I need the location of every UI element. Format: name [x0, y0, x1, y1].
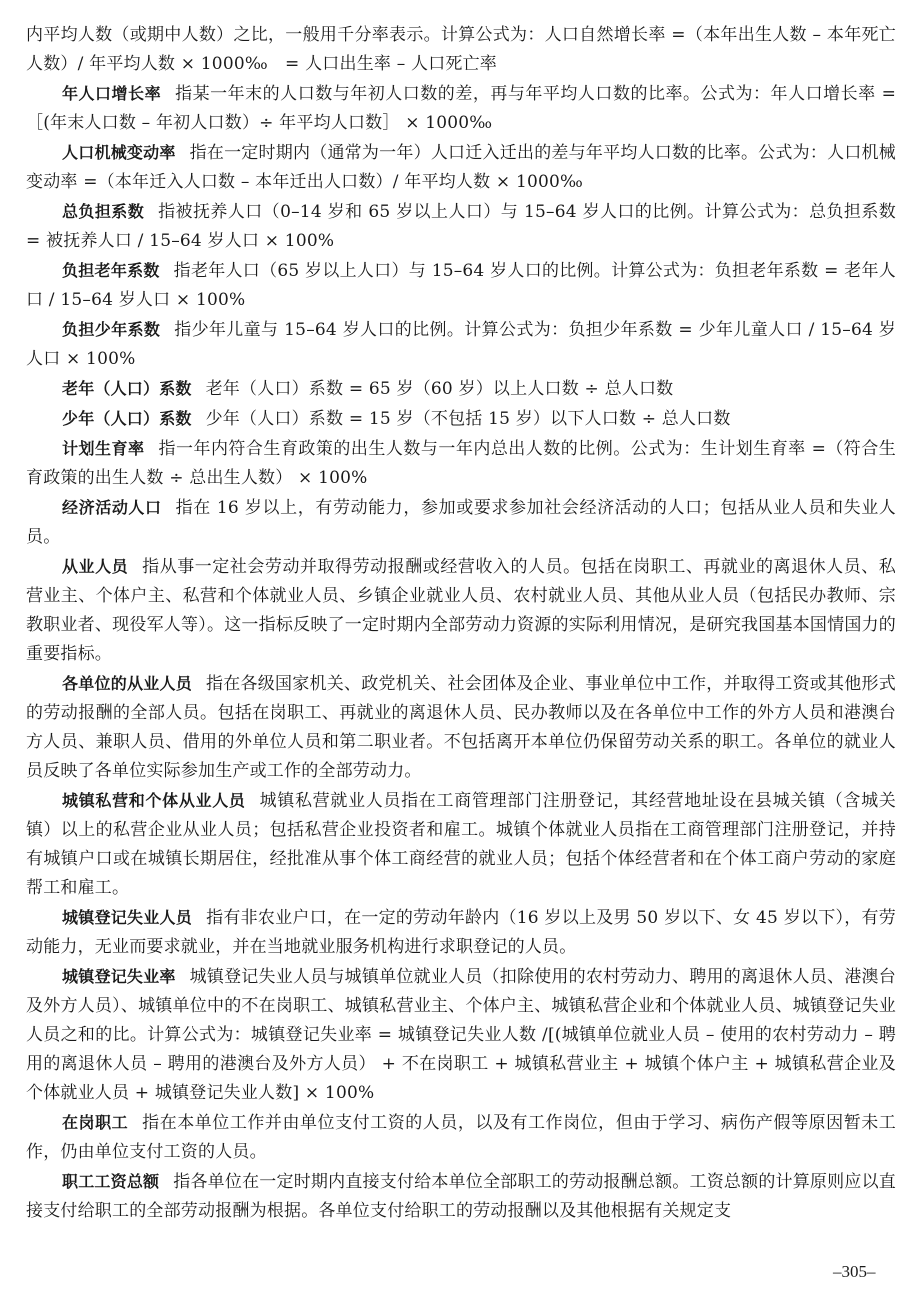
definition: 城镇登记失业人员与城镇单位就业人员（扣除使用的农村劳动力、聘用的离退休人员、港澳… — [26, 967, 896, 1103]
definition: 指被抚养人口（0–14 岁和 65 岁以上人口）与 15–64 岁人口的比例。计… — [26, 202, 896, 251]
document-body: 内平均人数（或期中人数）之比，一般用千分率表示。计算公式为：人口自然增长率 =（… — [26, 21, 896, 1226]
term: 少年（人口）系数 — [62, 409, 192, 428]
entry-on-post-staff: 在岗职工指在本单位工作并由单位支付工资的人员，以及有工作岗位，但由于学习、病伤产… — [26, 1108, 896, 1167]
definition: 指从事一定社会劳动并取得劳动报酬或经营收入的人员。包括在岗职工、再就业的离退休人… — [26, 557, 896, 664]
definition: 少年（人口）系数 = 15 岁（不包括 15 岁）以下人口数 ÷ 总人口数 — [206, 409, 731, 429]
entry-unit-employed-persons: 各单位的从业人员指在各级国家机关、政党机关、社会团体及企业、事业单位中工作，并取… — [26, 669, 896, 786]
term: 城镇登记失业率 — [62, 967, 176, 986]
term: 从业人员 — [62, 557, 128, 576]
entry-annual-population-growth-rate: 年人口增长率指某一年末的人口数与年初人口数的差，再与年平均人口数的比率。公式为：… — [26, 79, 896, 138]
entry-youth-coefficient: 少年（人口）系数少年（人口）系数 = 15 岁（不包括 15 岁）以下人口数 ÷… — [26, 404, 896, 434]
term: 职工工资总额 — [62, 1172, 159, 1191]
term: 经济活动人口 — [62, 498, 162, 517]
term: 在岗职工 — [62, 1113, 128, 1132]
definition: 指在本单位工作并由单位支付工资的人员，以及有工作岗位，但由于学习、病伤产假等原因… — [26, 1113, 896, 1162]
entry-registered-unemployment-rate: 城镇登记失业率城镇登记失业人员与城镇单位就业人员（扣除使用的农村劳动力、聘用的离… — [26, 962, 896, 1108]
entry-registered-unemployed: 城镇登记失业人员指有非农业户口，在一定的劳动年龄内（16 岁以上及男 50 岁以… — [26, 903, 896, 962]
entry-elderly-coefficient: 老年（人口）系数老年（人口）系数 = 65 岁（60 岁）以上人口数 ÷ 总人口… — [26, 374, 896, 404]
term: 各单位的从业人员 — [62, 674, 192, 693]
term: 负担少年系数 — [62, 320, 160, 339]
entry-economically-active-population: 经济活动人口指在 16 岁以上，有劳动能力，参加或要求参加社会经济活动的人口；包… — [26, 493, 896, 552]
page-number: –305– — [833, 1262, 876, 1282]
term: 城镇登记失业人员 — [62, 908, 192, 927]
term: 人口机械变动率 — [62, 143, 176, 162]
term: 总负担系数 — [62, 202, 144, 221]
entry-family-planning-rate: 计划生育率指一年内符合生育政策的出生人数与一年内总出人数的比例。公式为：生计划生… — [26, 434, 896, 493]
entry-total-dependency-ratio: 总负担系数指被抚养人口（0–14 岁和 65 岁以上人口）与 15–64 岁人口… — [26, 197, 896, 256]
entry-old-age-dependency: 负担老年系数指老年人口（65 岁以上人口）与 15–64 岁人口的比例。计算公式… — [26, 256, 896, 315]
definition: 指一年内符合生育政策的出生人数与一年内总出人数的比例。公式为：生计划生育率 =（… — [26, 439, 896, 488]
entry-youth-dependency: 负担少年系数指少年儿童与 15–64 岁人口的比例。计算公式为：负担少年系数 =… — [26, 315, 896, 374]
term: 老年（人口）系数 — [62, 379, 192, 398]
continuation-paragraph: 内平均人数（或期中人数）之比，一般用千分率表示。计算公式为：人口自然增长率 =（… — [26, 21, 896, 79]
term: 负担老年系数 — [62, 261, 160, 280]
entry-urban-private-individual: 城镇私营和个体从业人员城镇私营就业人员指在工商管理部门注册登记，其经营地址设在县… — [26, 786, 896, 903]
term: 计划生育率 — [62, 439, 144, 458]
entry-total-wage-bill: 职工工资总额指各单位在一定时期内直接支付给本单位全部职工的劳动报酬总额。工资总额… — [26, 1167, 896, 1226]
entry-mechanical-change-rate: 人口机械变动率指在一定时期内（通常为一年）人口迁入迁出的差与年平均人口数的比率。… — [26, 138, 896, 197]
definition: 老年（人口）系数 = 65 岁（60 岁）以上人口数 ÷ 总人口数 — [206, 379, 674, 399]
entry-employed-persons: 从业人员指从事一定社会劳动并取得劳动报酬或经营收入的人员。包括在岗职工、再就业的… — [26, 552, 896, 669]
term: 年人口增长率 — [62, 84, 161, 103]
term: 城镇私营和个体从业人员 — [62, 791, 246, 810]
